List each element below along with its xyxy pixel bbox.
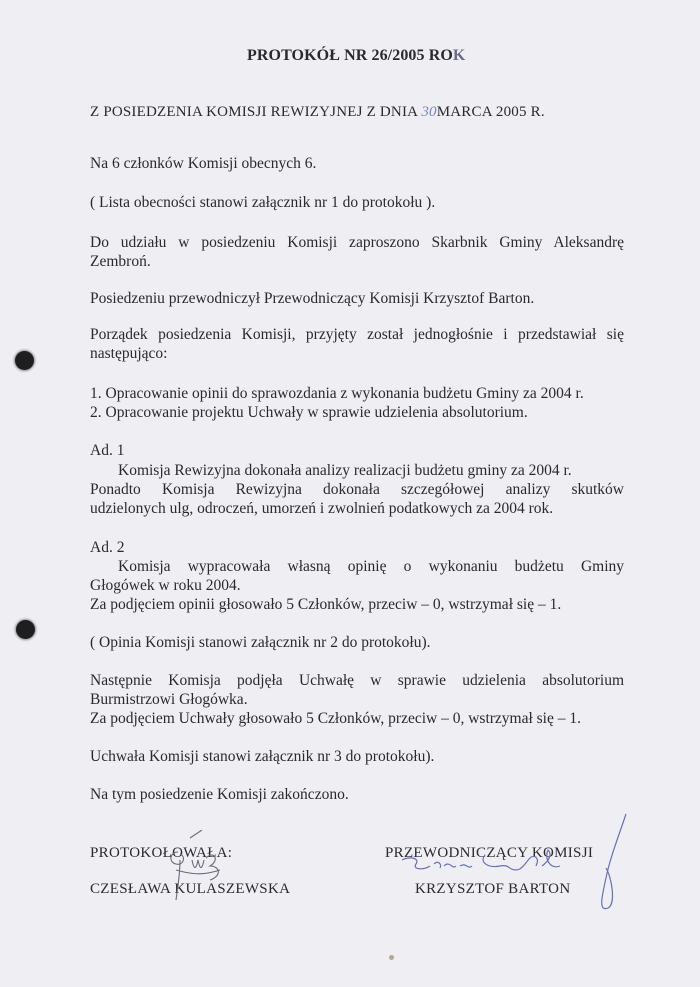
resolution-line-2: Burmistrzowi Głogówka. bbox=[90, 690, 248, 710]
recorder-signature bbox=[140, 830, 260, 910]
agenda-item-1: 1. Opracowanie opinii do sprawozdania z … bbox=[90, 384, 584, 404]
ad1-line-2: Ponadto Komisja Rewizyjna dokonała szcze… bbox=[90, 480, 624, 500]
attendance-note: ( Lista obecności stanowi załącznik nr 1… bbox=[90, 193, 435, 213]
agenda-intro-line-1: Porządek posiedzenia Komisji, przyjęty z… bbox=[90, 325, 624, 345]
document-subtitle: Z POSIEDZENIA KOMISJI REWIZYJNEJ Z DNIA … bbox=[90, 102, 545, 122]
ad1-line-1: Komisja Rewizyjna dokonała analizy reali… bbox=[118, 461, 572, 481]
chair-signature bbox=[380, 808, 640, 923]
resolution-attachment: Uchwała Komisji stanowi załącznik nr 3 d… bbox=[90, 747, 434, 767]
ad1-heading: Ad. 1 bbox=[90, 441, 124, 461]
resolution-line-1: Następnie Komisja podjęła Uchwałę w spra… bbox=[90, 671, 624, 691]
ad2-vote: Za podjęciem opinii głosowało 5 Członków… bbox=[90, 595, 561, 615]
resolution-vote: Za podjęciem Uchwały głosowało 5 Członkó… bbox=[90, 709, 581, 729]
closing-statement: Na tym posiedzenie Komisji zakończono. bbox=[90, 785, 349, 805]
ad1-line-3: udzielonych ulg, odroczeń, umorzeń i zwo… bbox=[90, 499, 553, 519]
ad2-line-1: Komisja wypracowała własną opinię o wyko… bbox=[118, 557, 624, 577]
ad2-heading: Ad. 2 bbox=[90, 538, 124, 558]
chair-paragraph: Posiedzeniu przewodniczył Przewodniczący… bbox=[90, 289, 534, 309]
handwritten-date: 30 bbox=[421, 104, 436, 120]
invited-line-2: Zembroń. bbox=[90, 252, 151, 272]
paper-speck bbox=[389, 955, 394, 960]
scanned-page: PROTOKÓŁ NR 26/2005 ROK Z POSIEDZENIA KO… bbox=[0, 0, 700, 987]
opinion-attachment: ( Opinia Komisji stanowi załącznik nr 2 … bbox=[90, 633, 431, 653]
members-present: Na 6 członków Komisji obecnych 6. bbox=[90, 154, 316, 174]
punch-hole-bottom bbox=[16, 620, 35, 639]
invited-line-1: Do udziału w posiedzeniu Komisji zaprosz… bbox=[90, 233, 624, 253]
punch-hole-top bbox=[15, 351, 34, 370]
agenda-item-2: 2. Opracowanie projektu Uchwały w sprawi… bbox=[90, 403, 528, 423]
document-title: PROTOKÓŁ NR 26/2005 ROK bbox=[247, 46, 465, 66]
ad2-line-2: Głogówek w roku 2004. bbox=[90, 576, 241, 596]
agenda-intro-line-2: następująco: bbox=[90, 344, 167, 364]
